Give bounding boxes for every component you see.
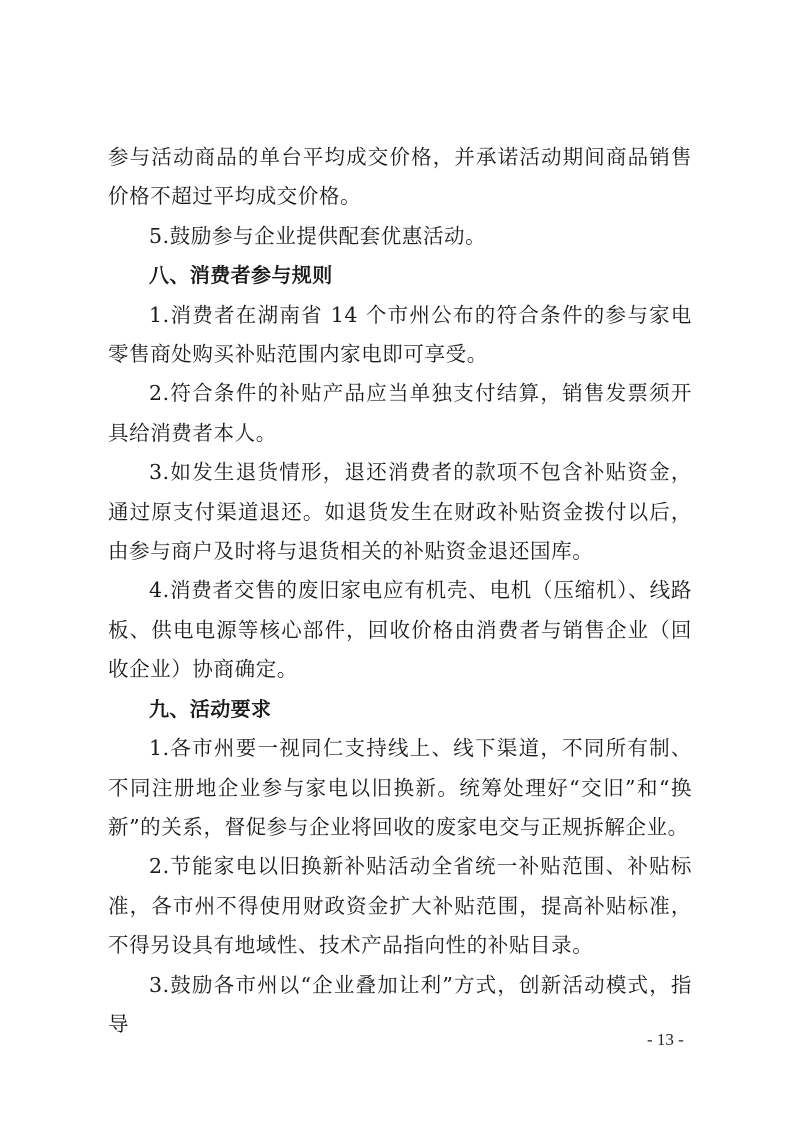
paragraph-rule-1: 1.消费者在湖南省 14 个市州公布的符合条件的参与家电零售商处购买补贴范围内家… <box>108 296 692 375</box>
section-heading-9: 九、活动要求 <box>108 690 692 729</box>
paragraph-requirement-3: 3.鼓励各市州以“企业叠加让利”方式，创新活动模式，指导 <box>108 966 692 1045</box>
paragraph-rule-4: 4.消费者交售的废旧家电应有机壳、电机（压缩机）、线路板、供电电源等核心部件，回… <box>108 571 692 689</box>
section-heading-8: 八、消费者参与规则 <box>108 256 692 295</box>
paragraph-requirement-1: 1.各市州要一视同仁支持线上、线下渠道，不同所有制、不同注册地企业参与家电以旧换… <box>108 729 692 847</box>
document-page: 参与活动商品的单台平均成交价格，并承诺活动期间商品销售价格不超过平均成交价格。 … <box>0 0 793 1122</box>
page-number: - 13 - <box>647 1030 684 1050</box>
paragraph-requirement-2: 2.节能家电以旧换新补贴活动全省统一补贴范围、补贴标准，各市州不得使用财政资金扩… <box>108 847 692 965</box>
document-body: 参与活动商品的单台平均成交价格，并承诺活动期间商品销售价格不超过平均成交价格。 … <box>108 138 692 1044</box>
paragraph-rule-2: 2.符合条件的补贴产品应当单独支付结算，销售发票须开具给消费者本人。 <box>108 374 692 453</box>
paragraph-rule-3: 3.如发生退货情形，退还消费者的款项不包含补贴资金，通过原支付渠道退还。如退货发… <box>108 453 692 571</box>
paragraph-item-5: 5.鼓励参与企业提供配套优惠活动。 <box>108 217 692 256</box>
continuation-paragraph: 参与活动商品的单台平均成交价格，并承诺活动期间商品销售价格不超过平均成交价格。 <box>108 138 692 217</box>
